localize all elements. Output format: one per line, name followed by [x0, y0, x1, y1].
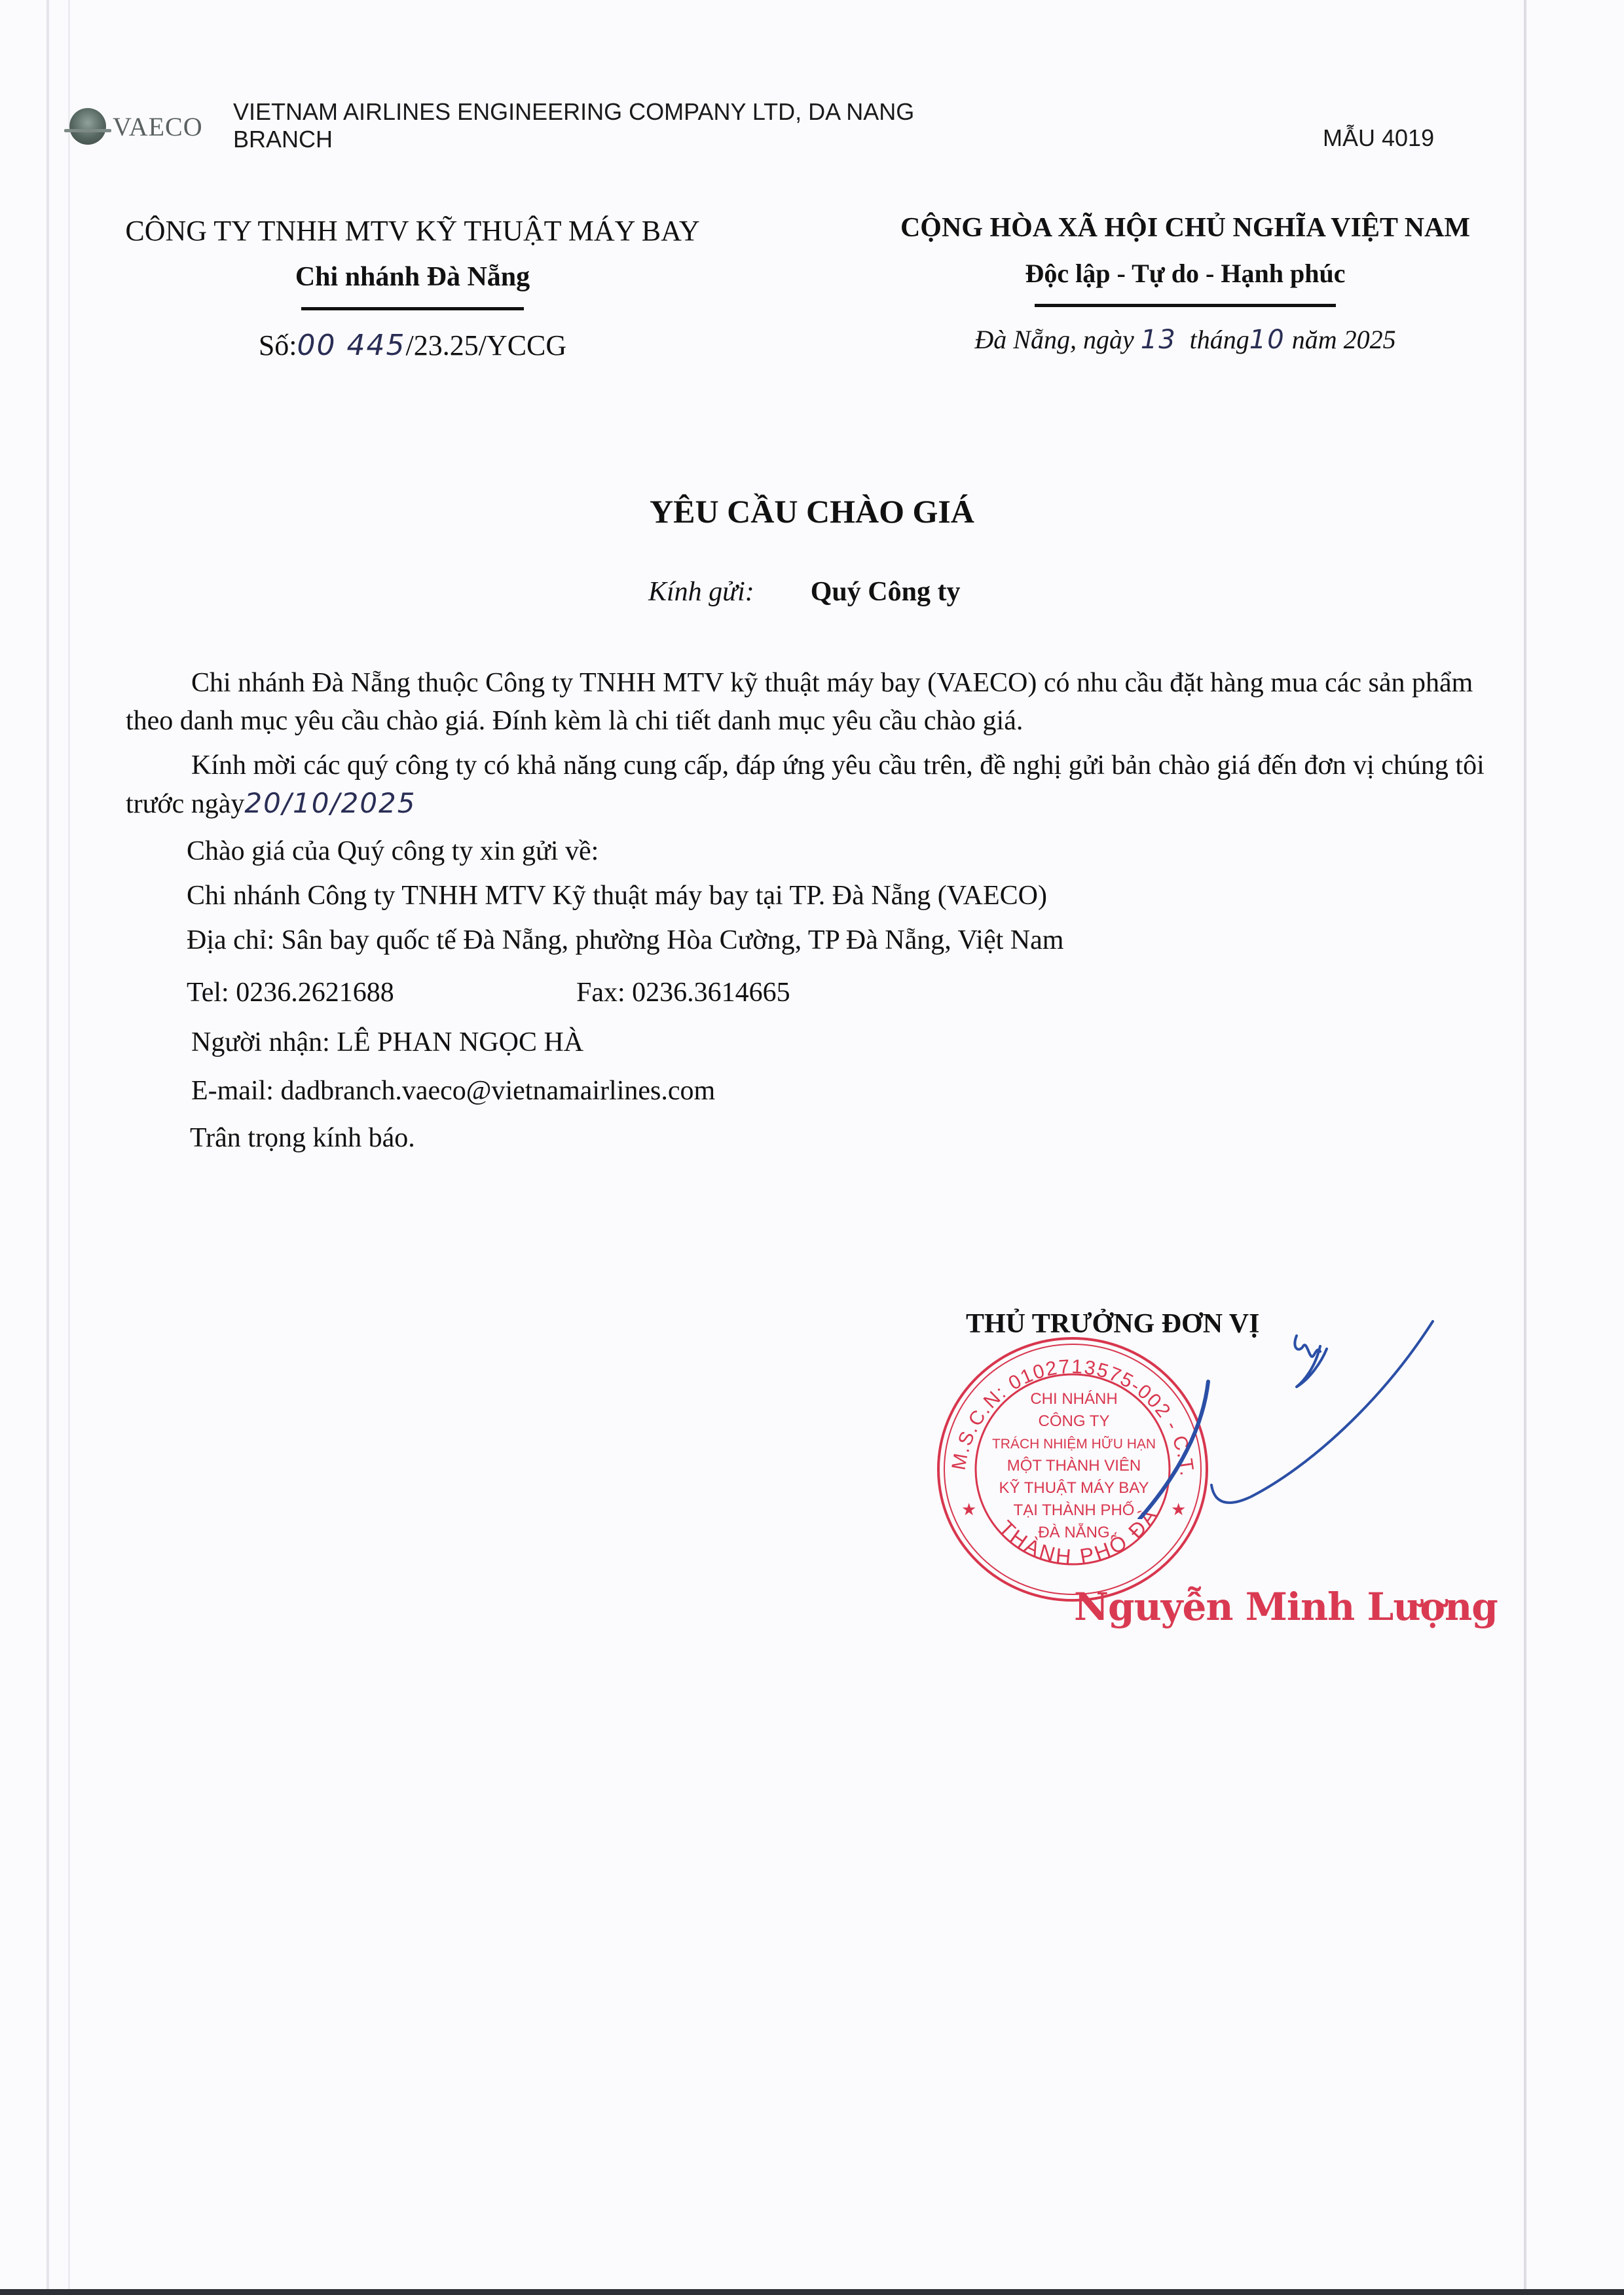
document-number-handwritten: 00 445 — [297, 329, 406, 362]
scan-edge-bottom — [0, 2289, 1624, 2295]
document-date: Đà Nẵng, ngày 13 tháng10 năm 2025 — [845, 324, 1526, 355]
form-code: MẪU 4019 — [1323, 124, 1434, 152]
document-number: Số:00 445/23.25/YCCG — [92, 329, 733, 362]
deadline-handwritten: 20/10/2025 — [244, 787, 416, 819]
addressee-value: Quý Công ty — [811, 577, 961, 607]
stamp-line-7: ĐÀ NẴNG — [1038, 1523, 1109, 1541]
vaeco-emblem-icon — [69, 108, 106, 145]
body-paragraph-1: Chi nhánh Đà Nẵng thuộc Công ty TNHH MTV… — [126, 664, 1501, 740]
email[interactable]: E-mail: dadbranch.vaeco@vietnamairlines.… — [191, 1075, 715, 1107]
national-header-block: CỘNG HÒA XÃ HỘI CHỦ NGHĨA VIỆT NAM Độc l… — [845, 210, 1526, 355]
body-paragraph-2: Kính mời các quý công ty có khả năng cun… — [126, 746, 1501, 823]
date-year: năm 2025 — [1292, 325, 1396, 354]
telephone: Tel: 0236.2621688 — [187, 977, 394, 1008]
national-title: CỘNG HÒA XÃ HỘI CHỦ NGHĨA VIỆT NAM — [845, 210, 1526, 246]
signer-name: Nguyễn Minh Lượng — [1074, 1585, 1498, 1629]
logo-text: VAECO — [113, 111, 203, 142]
handwritten-signature — [1074, 1310, 1454, 1519]
document-number-suffix: /23.25/YCCG — [405, 329, 566, 361]
date-day-handwritten: 13 — [1141, 325, 1177, 355]
national-motto: Độc lập - Tự do - Hạnh phúc — [845, 255, 1526, 292]
company-name-english: VIETNAM AIRLINES ENGINEERING COMPANY LTD… — [233, 98, 1019, 153]
divider — [301, 307, 524, 310]
addressee: Kính gửi:Quý Công ty — [648, 576, 960, 608]
date-month-label: tháng — [1190, 325, 1249, 354]
scan-artifact-left — [46, 0, 49, 2295]
fax: Fax: 0236.3614665 — [576, 977, 790, 1008]
receiver: Người nhận: LÊ PHAN NGỌC HÀ — [191, 1027, 583, 1058]
document-title: YÊU CẦU CHÀO GIÁ — [0, 492, 1624, 530]
document-number-prefix: Số: — [259, 329, 297, 361]
company-logo: VAECO — [69, 108, 203, 145]
address: Địa chỉ: Sân bay quốc tế Đà Nẵng, phường… — [187, 925, 1063, 956]
issuer-org-name: CÔNG TY TNHH MTV KỸ THUẬT MÁY BAY — [92, 213, 733, 249]
addressee-label: Kính gửi: — [648, 577, 754, 607]
issuer-block: CÔNG TY TNHH MTV KỸ THUẬT MÁY BAY Chi nh… — [92, 213, 733, 362]
send-to-intro: Chào giá của Quý công ty xin gửi về: — [187, 835, 599, 867]
issuer-branch: Chi nhánh Đà Nẵng — [92, 259, 733, 295]
scan-artifact-left-2 — [68, 0, 70, 2295]
recipient-org: Chi nhánh Công ty TNHH MTV Kỹ thuật máy … — [187, 880, 1047, 911]
date-month-handwritten: 10 — [1249, 325, 1285, 355]
divider — [1035, 304, 1336, 307]
closing: Trân trọng kính báo. — [190, 1122, 415, 1154]
date-prefix: Đà Nẵng, ngày — [974, 325, 1134, 354]
svg-text:★: ★ — [961, 1499, 976, 1519]
